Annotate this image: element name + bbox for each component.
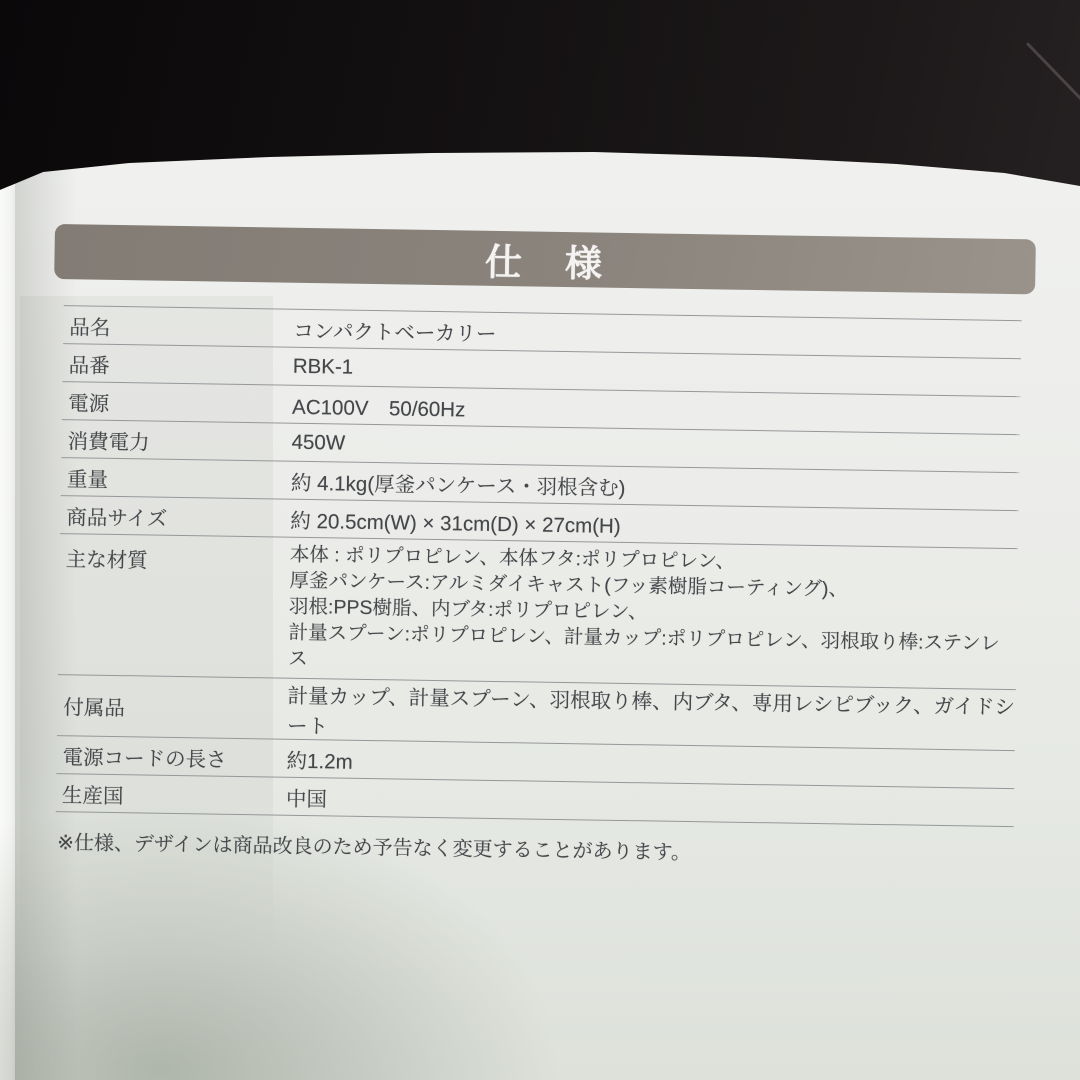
spec-value: 本体 : ポリプロピレン、本体フタ:ポリプロピレン、 厚釜パンケース:アルミダイ… [268,541,1018,683]
spec-row: 主な材質本体 : ポリプロピレン、本体フタ:ポリプロピレン、 厚釜パンケース:ア… [58,533,1018,689]
spec-label: 付属品 [57,675,268,738]
spec-label: 主な材質 [58,538,270,671]
spec-label: 重量 [61,458,272,498]
spec-label: 生産国 [56,774,267,814]
spec-label: 商品サイズ [60,496,271,536]
spec-label: 品番 [63,344,274,384]
spec-label: 電源コードの長さ [56,736,267,776]
spec-label: 電源 [62,382,273,422]
section-header-bar: 仕 様 [54,224,1036,294]
page-content: 仕 様 品名コンパクトベーカリー品番RBK-1電源AC100V 50/60Hz消… [45,224,1036,870]
spec-table: 品名コンパクトベーカリー品番RBK-1電源AC100V 50/60Hz消費電力4… [56,305,1022,827]
spec-label: 消費電力 [61,420,272,460]
section-title: 仕 様 [485,231,606,287]
booklet-page-edges [0,186,15,1080]
manual-photo-scene: 仕 様 品名コンパクトベーカリー品番RBK-1電源AC100V 50/60Hz消… [0,0,1080,1080]
spec-value: 計量カップ、計量スプーン、羽根取り棒、内ブタ、専用レシピブック、ガイドシート [267,678,1016,750]
spec-label: 品名 [63,306,274,346]
